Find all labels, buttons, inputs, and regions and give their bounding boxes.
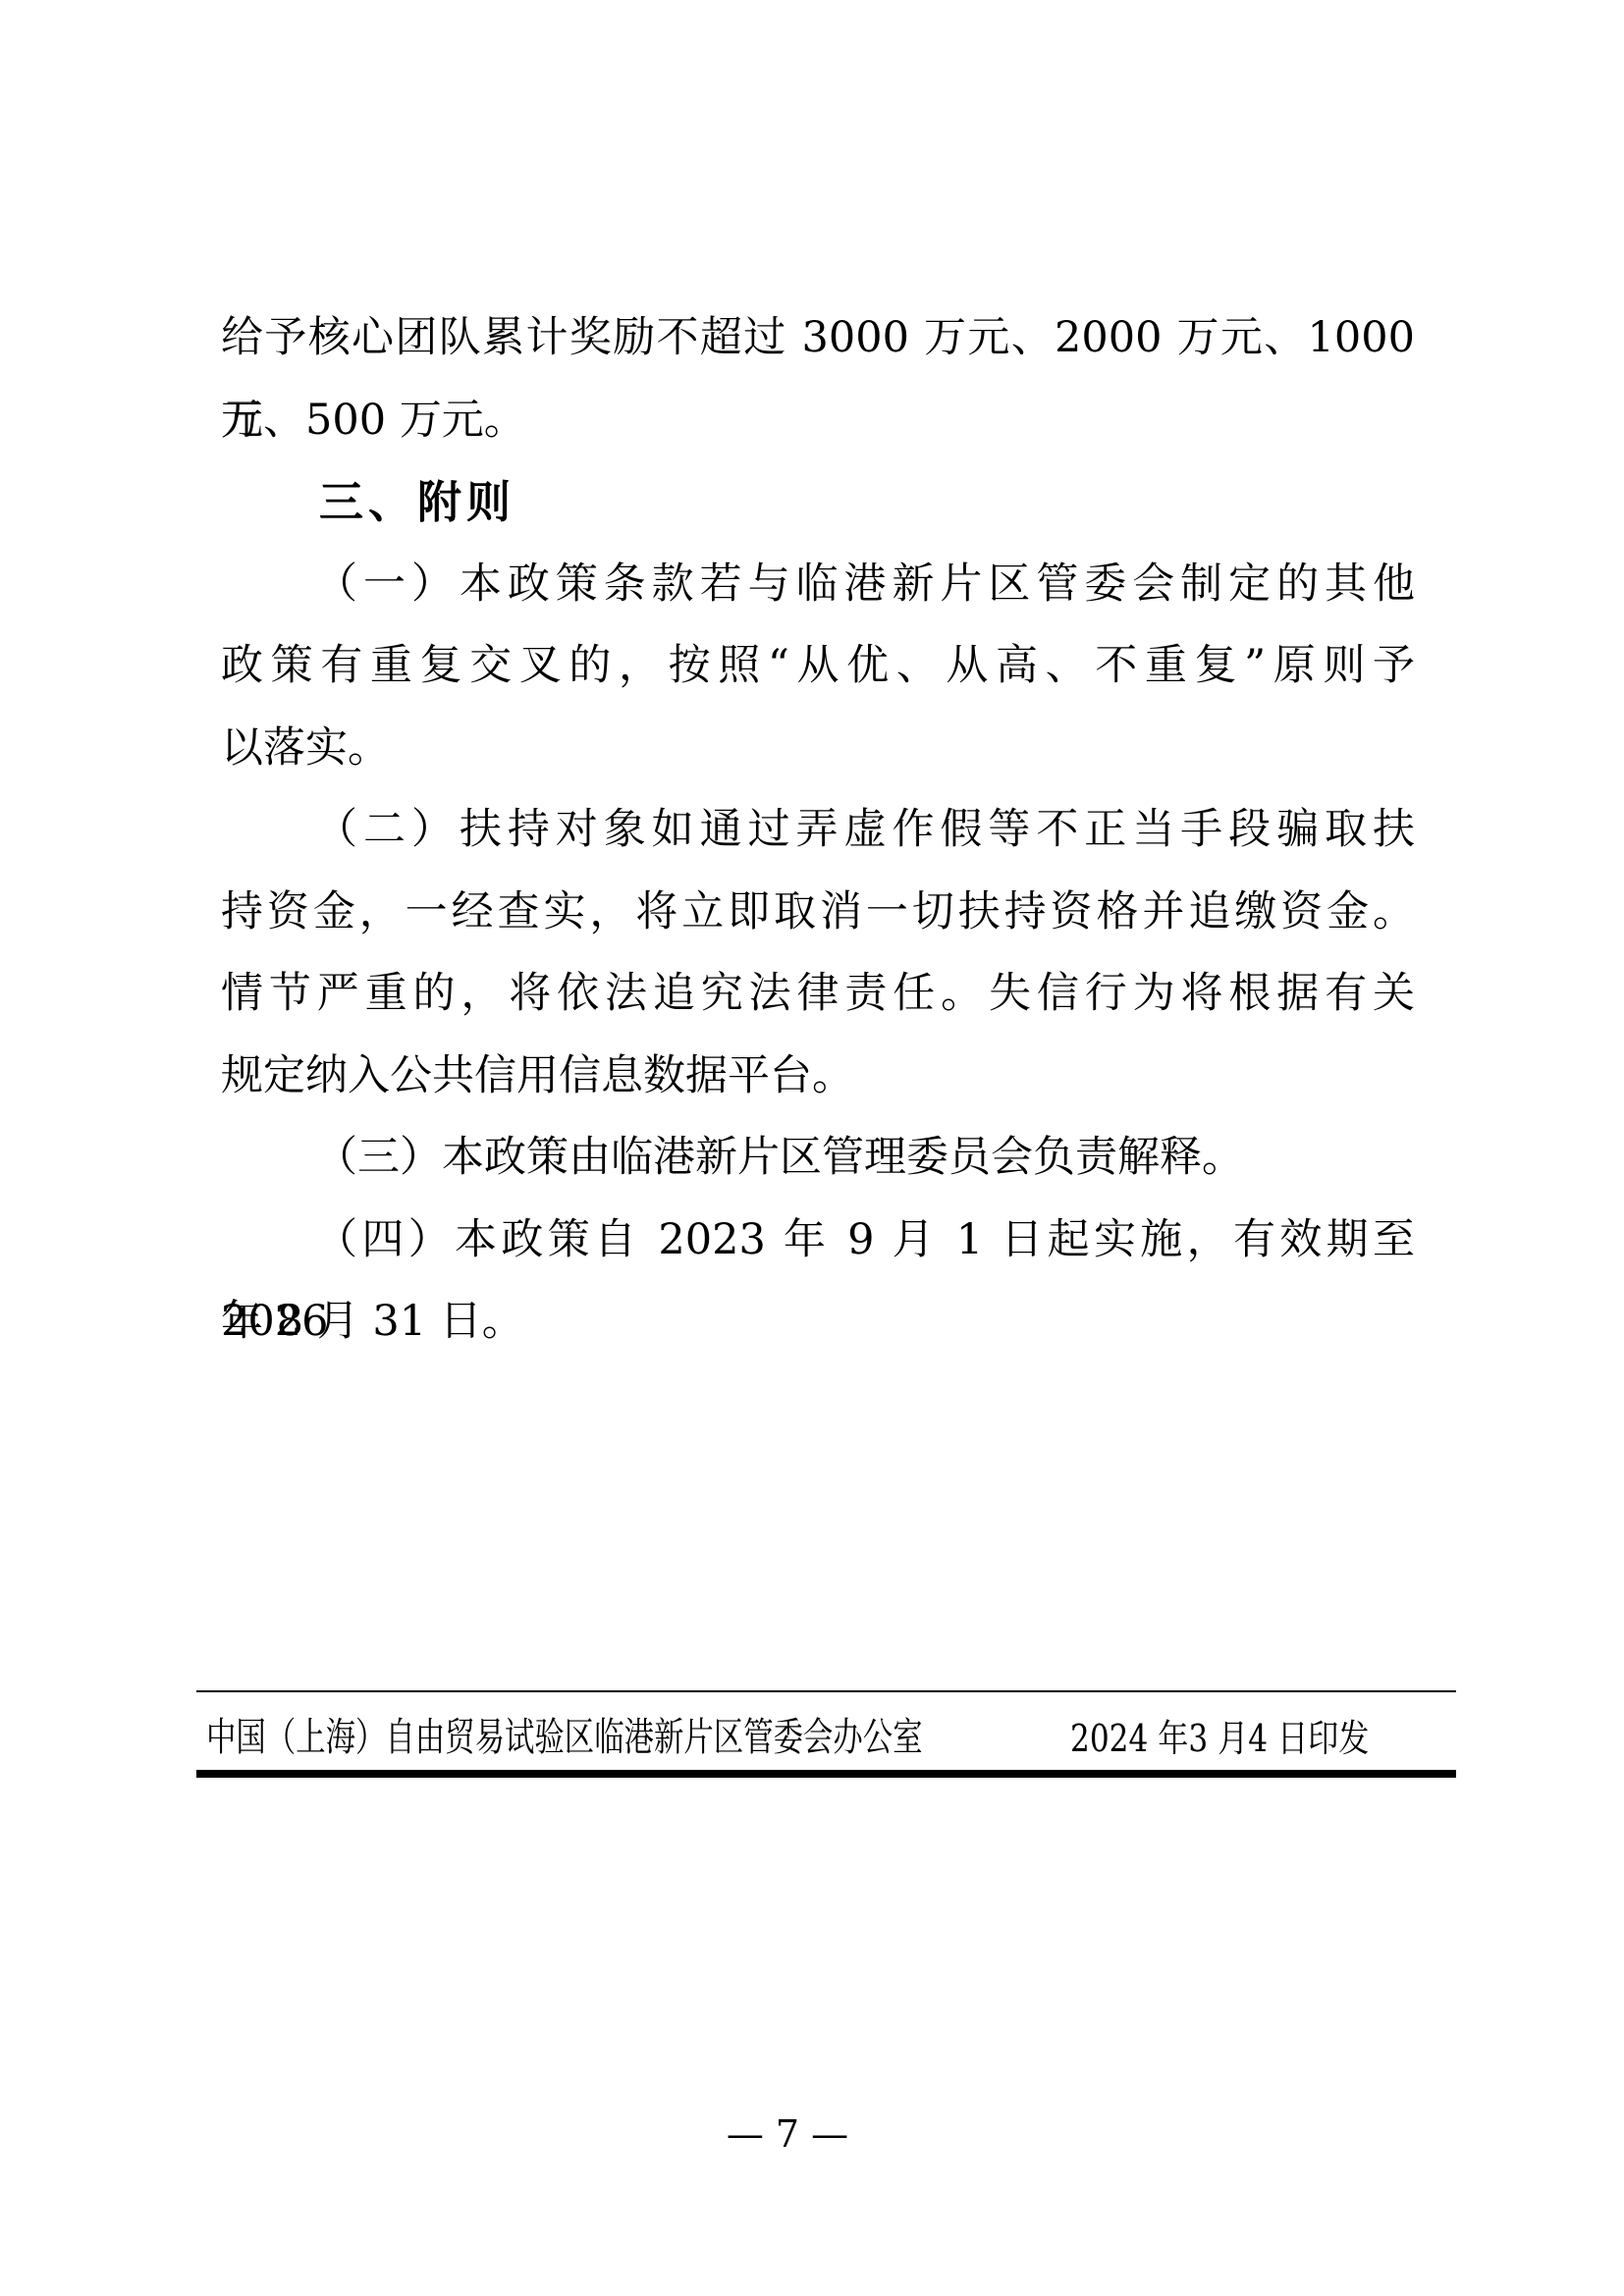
page-number: — 7 — bbox=[0, 2110, 1575, 2158]
body-line: 年 8 月 31 日。 bbox=[221, 1281, 1415, 1363]
section-heading: 三、附则 bbox=[221, 461, 1415, 544]
body-line: 以落实。 bbox=[221, 708, 1415, 790]
footer-divider-thin bbox=[196, 1690, 1456, 1692]
body-line: 元、500 万元。 bbox=[221, 380, 1415, 462]
body-line: 情节严重的，将依法追究法律责任。失信行为将根据有关 bbox=[221, 953, 1415, 1036]
body-line: 规定纳入公共信用信息数据平台。 bbox=[221, 1036, 1415, 1118]
body-line: 政策有重复交叉的，按照“从优、从高、不重复”原则予 bbox=[221, 625, 1415, 708]
body-line: （三）本政策由临港新片区管理委员会负责解释。 bbox=[221, 1117, 1415, 1200]
body-line: （四）本政策自 2023 年 9 月 1 日起实施，有效期至 2026 bbox=[221, 1200, 1415, 1282]
footer-divider-thick bbox=[196, 1770, 1456, 1778]
body-line: 持资金，一经查实，将立即取消一切扶持资格并追缴资金。 bbox=[221, 872, 1415, 954]
body-line: （二）扶持对象如通过弄虚作假等不正当手段骗取扶 bbox=[221, 789, 1415, 872]
body-line: 给予核心团队累计奖励不超过 3000 万元、2000 万元、1000 万 bbox=[221, 297, 1415, 380]
body-text-block: 给予核心团队累计奖励不超过 3000 万元、2000 万元、1000 万元、50… bbox=[221, 297, 1415, 1363]
body-line: （一）本政策条款若与临港新片区管委会制定的其他 bbox=[221, 544, 1415, 626]
document-page: 给予核心团队累计奖励不超过 3000 万元、2000 万元、1000 万元、50… bbox=[0, 0, 1624, 2296]
footer-print-date: 2024 年3 月4 日印发 bbox=[1070, 1716, 1369, 1761]
footer-issuer-office: 中国（上海）自由贸易试验区临港新片区管委会办公室 bbox=[206, 1714, 923, 1761]
